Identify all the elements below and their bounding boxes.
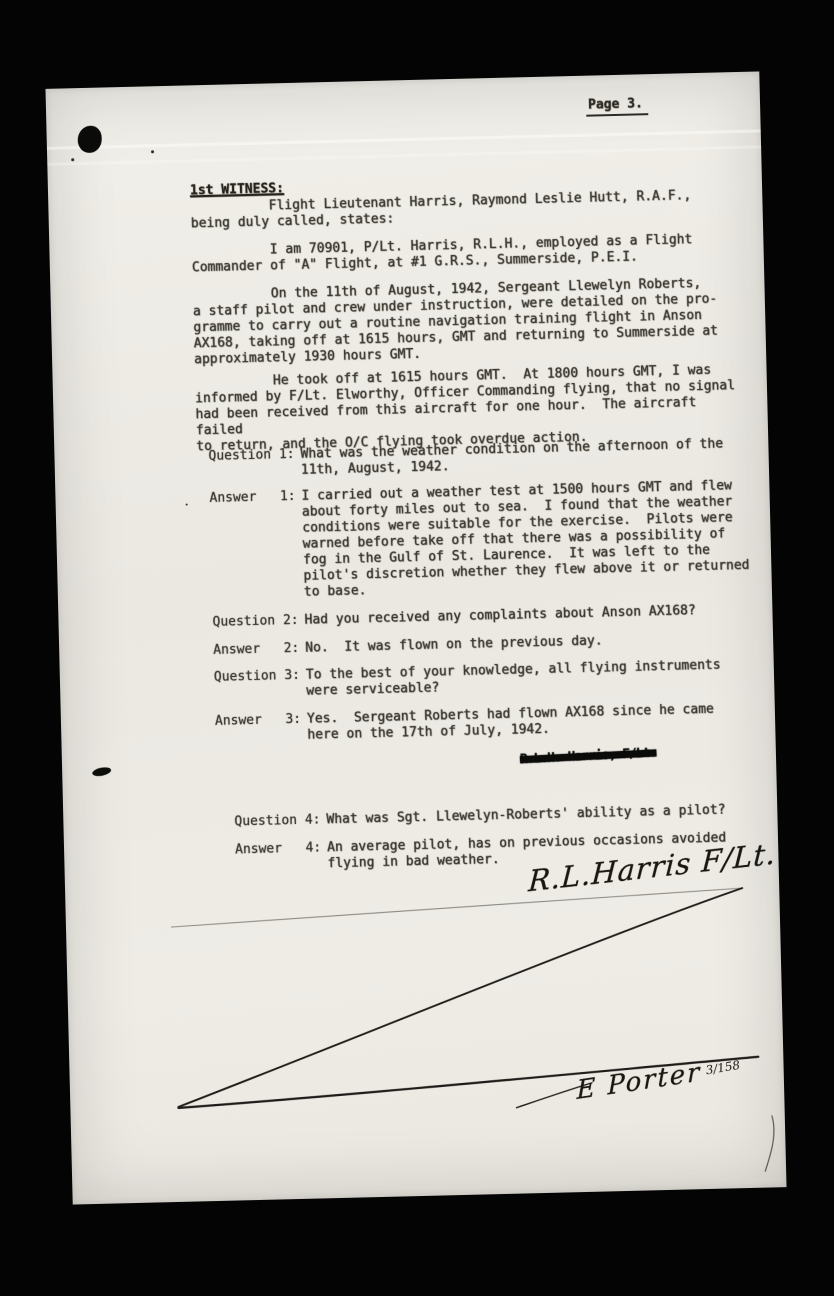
document-page: Page 3. 1st WITNESS: Flight Lieutenant H… [45,71,786,1204]
scanned-document: Page 3. 1st WITNESS: Flight Lieutenant H… [0,0,834,1296]
pen-strokes [45,71,786,1204]
thin-rule-line [170,888,742,927]
corner-crease [764,1115,775,1171]
